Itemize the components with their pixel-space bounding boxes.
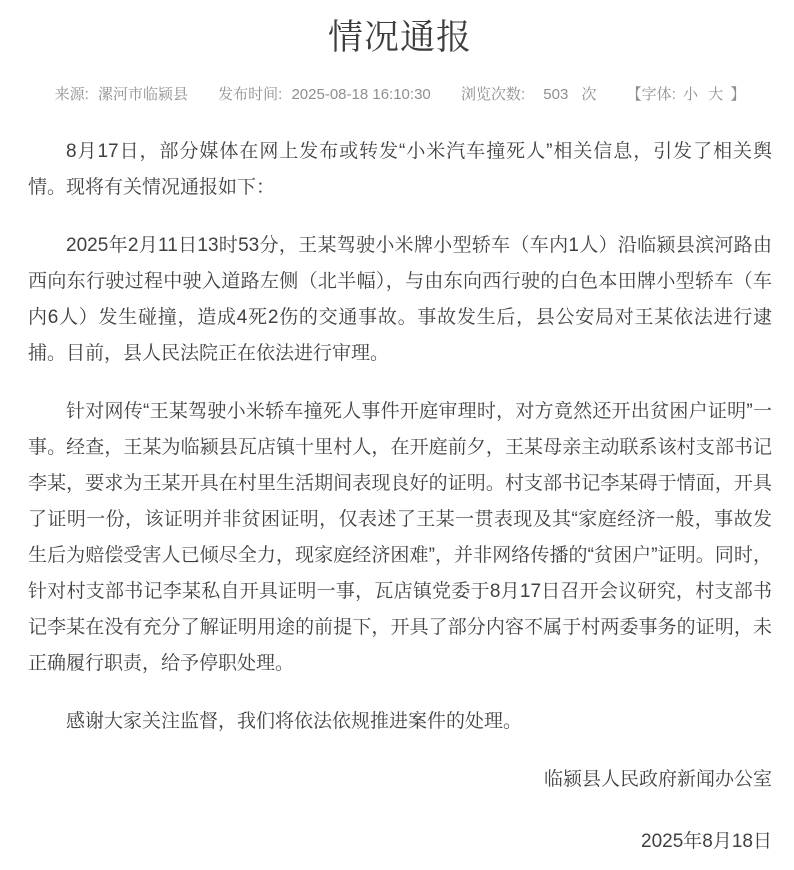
publish-time-label: 发布时间: <box>218 86 282 103</box>
views-label: 浏览次数: <box>461 86 525 103</box>
source-label: 来源: <box>55 86 89 103</box>
font-size-prefix: 【字体: <box>627 86 676 103</box>
meta-views: 浏览次数: 503 次 <box>461 84 597 106</box>
source-value: 漯河市临颍县 <box>98 86 188 103</box>
article-paragraph: 2025年2月11日13时53分，王某驾驶小米牌小型轿车（车内1人）沿临颍县滨河… <box>28 228 772 372</box>
views-count: 503 <box>543 86 568 103</box>
publish-date: 2025年8月18日 <box>28 824 772 860</box>
font-smaller-button[interactable]: 小 <box>683 86 698 103</box>
notice-body: 8月17日，部分媒体在网上发布或转发“小米汽车撞死人”相关信息，引发了相关舆情。… <box>28 134 772 740</box>
views-unit: 次 <box>581 86 596 103</box>
signature: 临颍县人民政府新闻办公室 <box>28 762 772 798</box>
font-size-control: 【字体: 小 大 】 <box>627 84 746 106</box>
article-paragraph: 针对网传“王某驾驶小米轿车撞死人事件开庭审理时，对方竟然还开出贫困户证明”一事。… <box>28 394 772 682</box>
font-larger-button[interactable]: 大 <box>708 86 723 103</box>
article-paragraph: 8月17日，部分媒体在网上发布或转发“小米汽车撞死人”相关信息，引发了相关舆情。… <box>28 134 772 206</box>
meta-publish-time: 发布时间: 2025-08-18 16:10:30 <box>218 84 431 106</box>
meta-bar: 来源: 漯河市临颍县 发布时间: 2025-08-18 16:10:30 浏览次… <box>28 84 772 106</box>
article-paragraph: 感谢大家关注监督，我们将依法依规推进案件的处理。 <box>28 704 772 740</box>
notice-page: 情况通报 来源: 漯河市临颍县 发布时间: 2025-08-18 16:10:3… <box>0 14 794 870</box>
meta-source: 来源: 漯河市临颍县 <box>55 84 188 106</box>
page-title: 情况通报 <box>28 14 772 62</box>
font-size-suffix: 】 <box>730 86 745 103</box>
publish-time-value: 2025-08-18 16:10:30 <box>291 86 430 103</box>
